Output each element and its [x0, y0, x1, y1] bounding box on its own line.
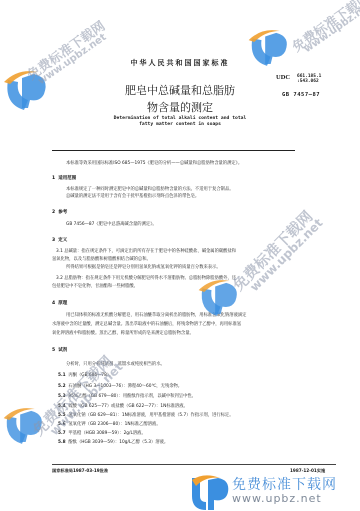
- reagent-item: 5.7 甲基橙（HGB 3089—59）：2g/L溶液。: [58, 431, 146, 437]
- title-zh-line-2: 物含量的测定: [0, 99, 360, 116]
- intro-paragraph: 本标准等效采用国际标准ISO 685—1975《肥皂的分析——总碱量和总脂肪物含…: [66, 161, 242, 167]
- reagent-item: 5.6 氢氧化钾（GB 2306—80）：1N标准乙醇溶液。: [58, 422, 161, 428]
- reagent-item: 5.3 95%乙醇（GB 679—80）：用酚酞作指示剂，以碱中和到呈中性。: [58, 394, 196, 400]
- footer-divider: [52, 464, 336, 465]
- document-page: 中华人民共和国国家标准 UDC 661.185.1 :543.062 GB 74…: [0, 0, 360, 511]
- section-1-para-1: 本标准规定了一种同时测定肥皂中的总碱量和总脂肪物含量的方法。不适用于复合制品。: [66, 187, 234, 193]
- section-3-heading: 3 定义: [52, 237, 67, 243]
- reagent-item: 5.5 氢氧化钠（GB 629—81）：1N标准溶液，用甲基橙溶液（5.7）作指…: [58, 413, 234, 419]
- brand-zh-text: 免费标准下载网: [232, 474, 337, 494]
- section-4-para-3: 氧化钾溶液中和脂肪酸。蒸出乙醇，称量所形成的皂来测定总脂肪物含量。: [52, 331, 194, 337]
- title-en-line-2: fatty matter content in soaps: [0, 122, 360, 128]
- brand-logo-icon: [190, 474, 230, 511]
- watermark-url: www.upbz.net: [247, 216, 325, 294]
- section-3-para-5: 包括肥皂中不皂化物、甘油酯和一些树脂酸。: [52, 284, 138, 290]
- section-3-para-1: 3.1 总碱量：指在规定条件下，可滴定出的所有存在于肥皂中的各种硅酸盐、碱金属的…: [56, 249, 236, 255]
- watermark-zh: 免费标准下载网: [23, 16, 108, 84]
- watermark-logo-icon: [0, 398, 55, 453]
- section-4-heading: 4 原理: [52, 300, 67, 306]
- title-en: Determination of total alkali content an…: [0, 116, 360, 128]
- section-2-heading: 2 参考: [52, 209, 67, 215]
- title-zh-line-1: 肥皂中总碱量和总脂肪: [0, 82, 360, 99]
- brand-url-text: www.upbz.net: [232, 492, 322, 505]
- reagent-item: 5.2 石油醚（HG 3—1003—76）：沸程40～60℃，无残余物。: [58, 384, 182, 390]
- section-5-heading: 5 试剂: [52, 347, 67, 353]
- section-3-para-2: 氢氧化物，以及与脂肪酸和树脂酸相结合碱的总和。: [52, 257, 151, 263]
- section-4-para-2: 水溶液中含的过量酸，测定总碱含量。蒸出萃取液中的石油醚后，将残余物溶于乙醇中，再…: [52, 322, 241, 328]
- watermark-zh: 免费标准下载网: [288, 0, 360, 55]
- section-3-para-4: 3.2 总脂肪物：指在规定条件下用无机酸分解肥皂所得水不溶脂肪物。总脂肪物除脂肪…: [56, 276, 236, 282]
- section-4-para-1: 用已知体积的标准无机酸分解肥皂，用石油醚萃取分离析出的脂肪物，用标准氢氧化钠溶液…: [66, 313, 246, 319]
- section-2-para-1: GB 7456—87《肥皂中总游离碱含量的测定》。: [66, 222, 157, 228]
- reagent-item: 5.1 丙酮（GB 686—78）。: [58, 373, 113, 379]
- reagent-item: 5.8 酚酞（HGB 3039—59）：10g/L乙醇（5.3）溶液。: [58, 440, 168, 446]
- country-standard-label: 中华人民共和国国家标准: [0, 58, 360, 68]
- section-3-para-3: 所得结果可根据是钠皂还是钾皂分别用氢氧化钠或氢氧化钾的质量百分数来表示。: [66, 265, 221, 271]
- approval-date: 国家标准局1987-03-19批准: [52, 468, 108, 474]
- section-5-para-1: 分析时，只用分析纯试剂、蒸馏水或纯度相当的水。: [66, 362, 165, 368]
- udc-label: UDC: [276, 74, 290, 81]
- brand-watermark: 免费标准下载网 www.upbz.net: [190, 474, 360, 511]
- section-1-heading: 1 适用范围: [52, 175, 76, 181]
- watermark-url: www.upbz.net: [302, 0, 360, 55]
- watermark-zh: 免费标准下载网: [228, 206, 317, 295]
- reagent-item: 5.4 硫酸（GB 625—77）或盐酸（GB 622—77）：1N标准溶液。: [58, 404, 188, 410]
- header-divider: [52, 150, 295, 151]
- section-1-para-2: 总碱量的测定法不适用于含有会干扰甲基橙指示剂终点色泽的带色皂。: [66, 194, 199, 200]
